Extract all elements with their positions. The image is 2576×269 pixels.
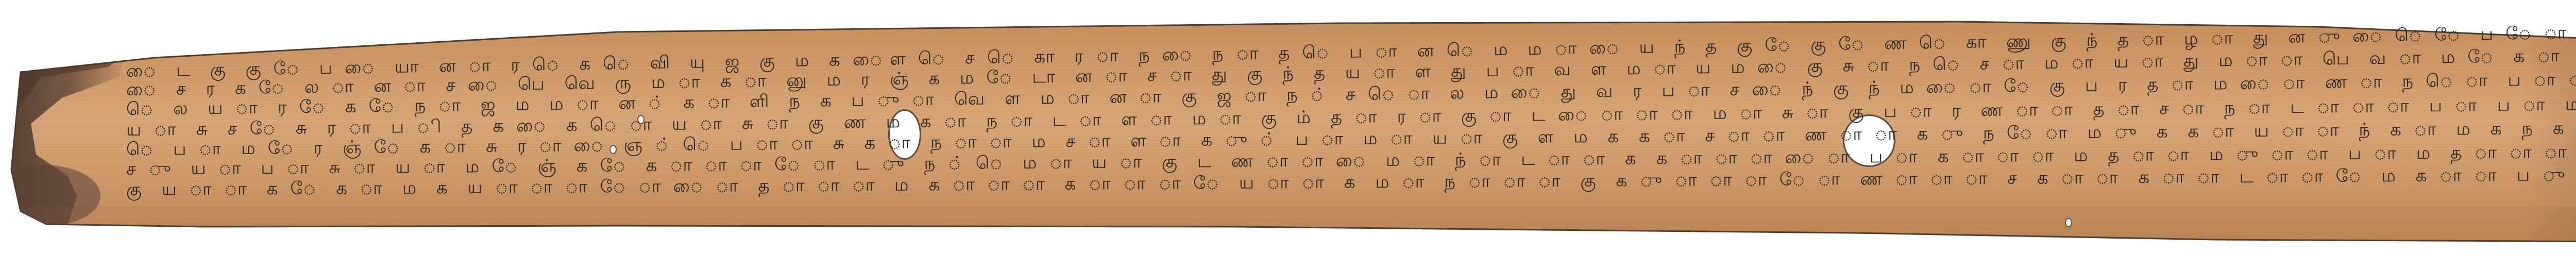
pin-hole [2066, 219, 2071, 226]
manuscript-photo: ை ட கு கு ே ப ை யா ன ா ர ெ க ெ வி யு ஜ க… [0, 0, 2576, 269]
